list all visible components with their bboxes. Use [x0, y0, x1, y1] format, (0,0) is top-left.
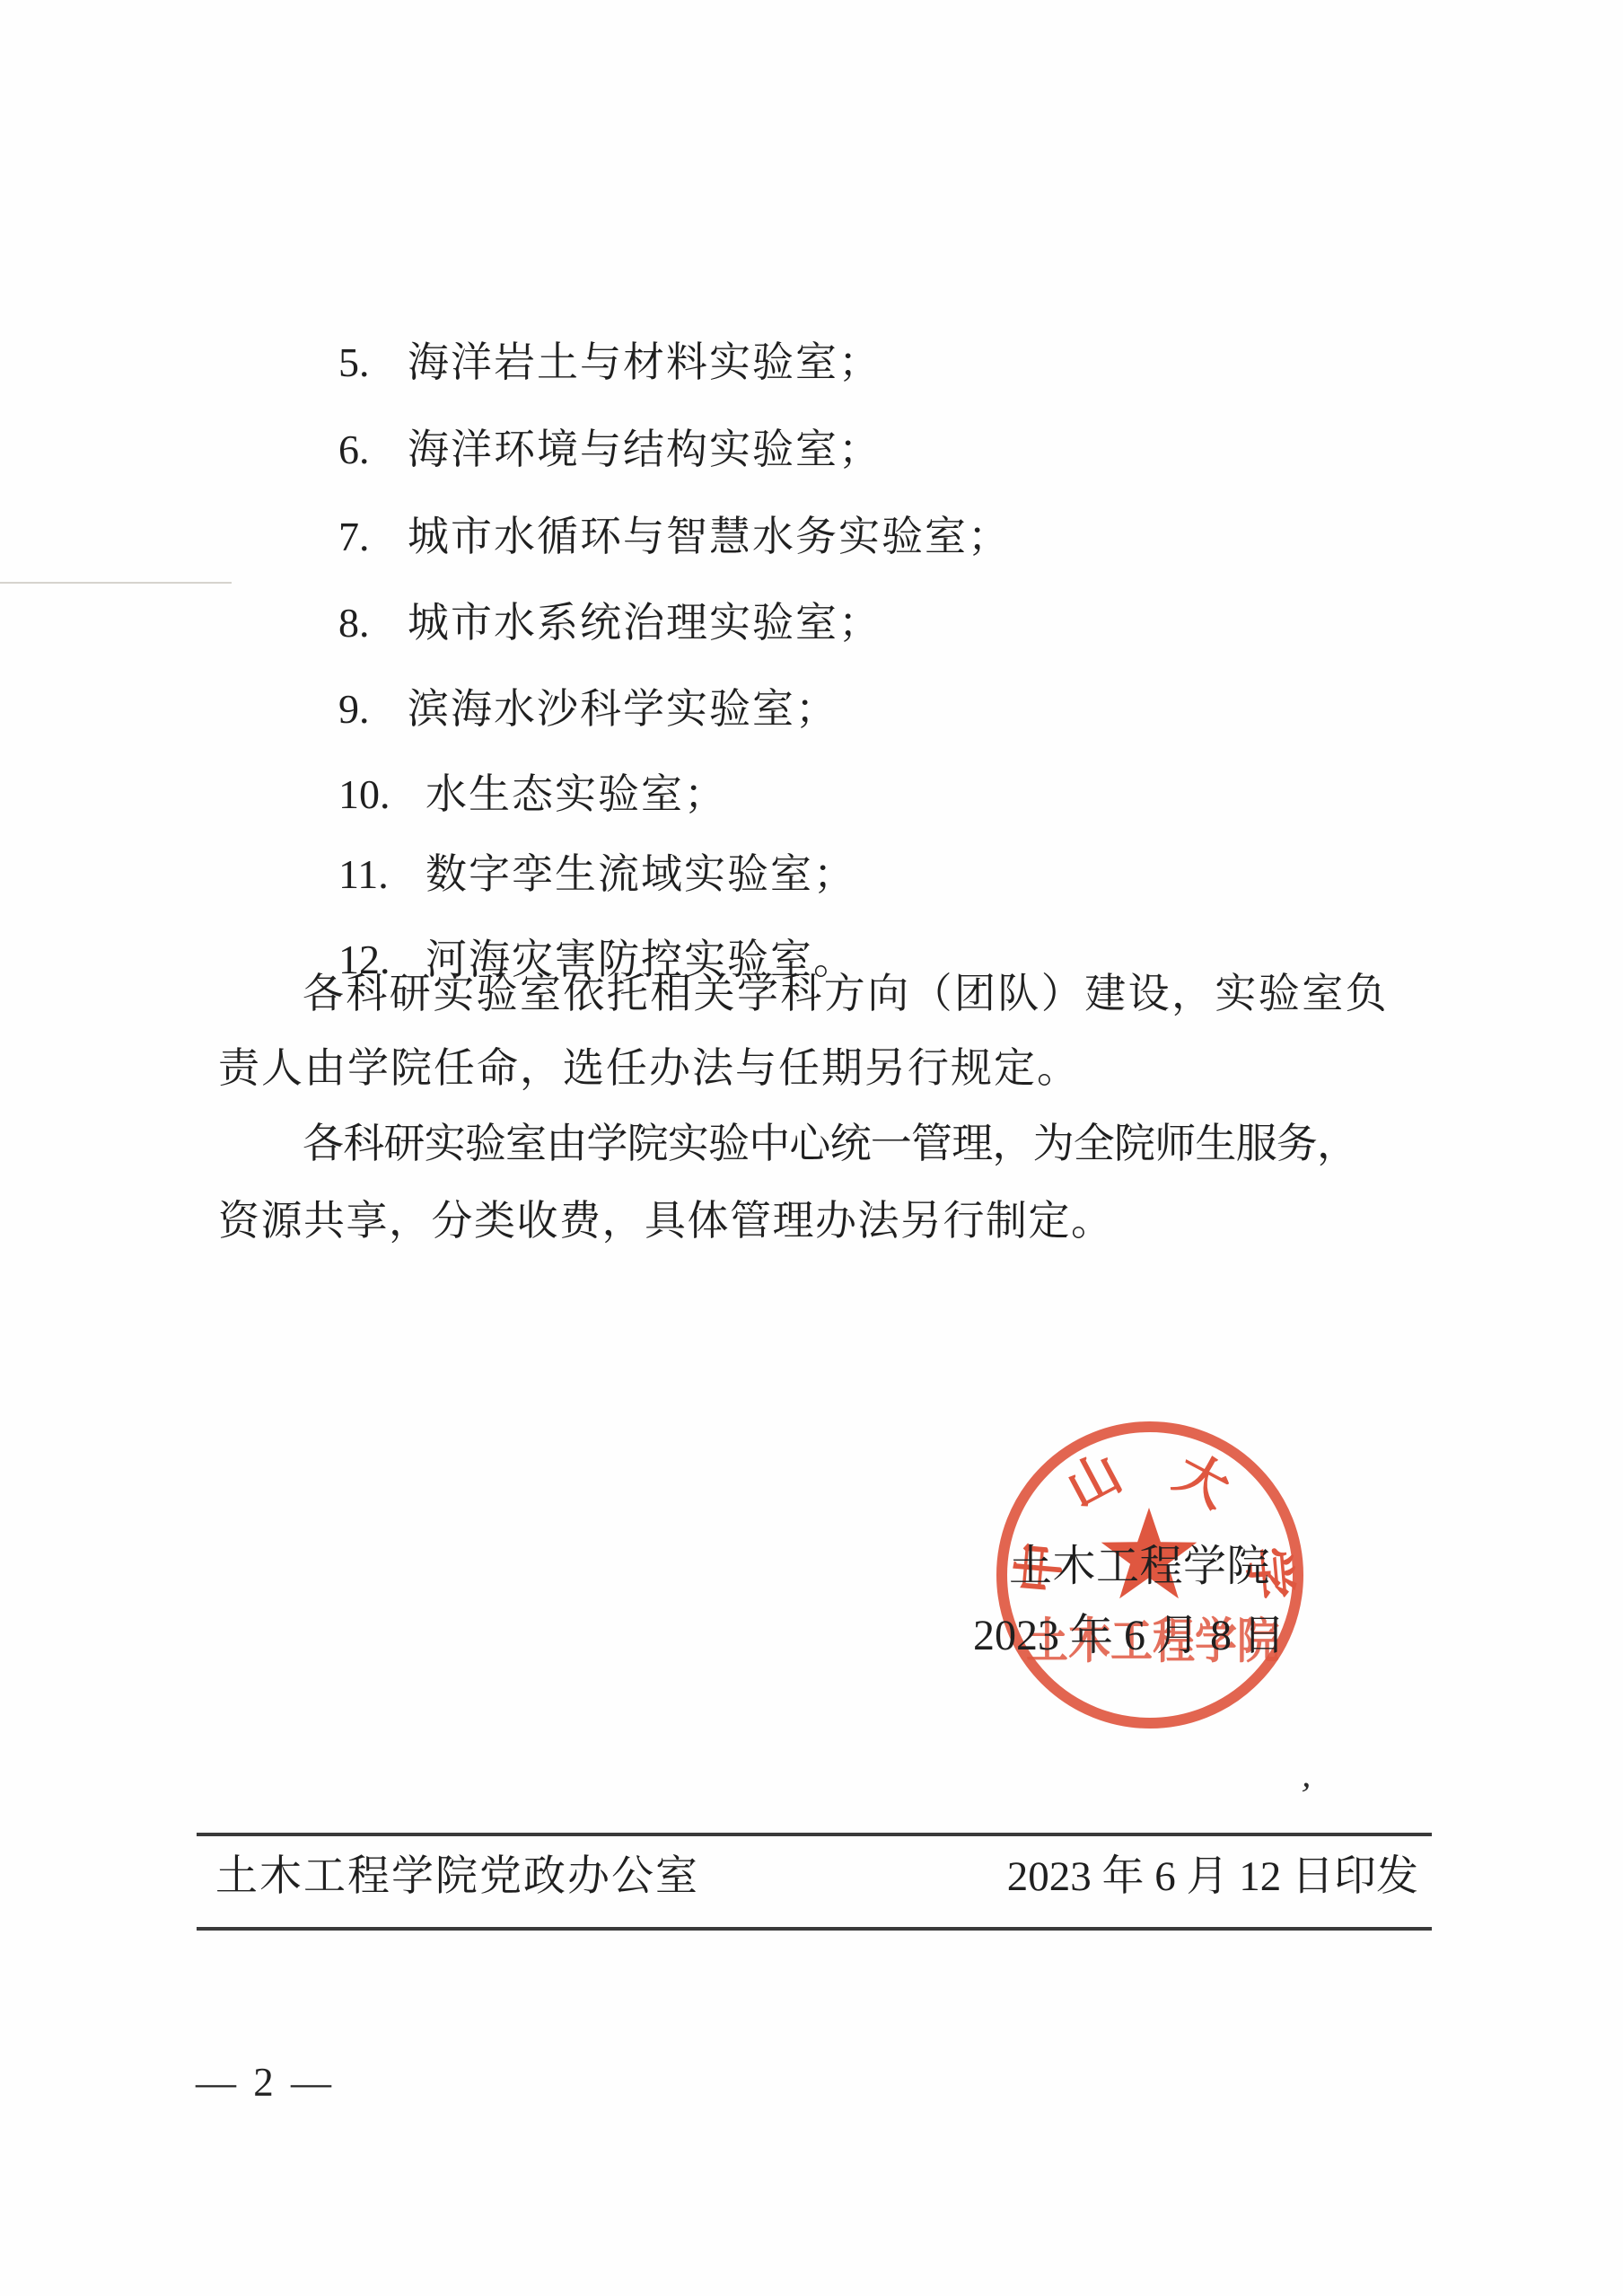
- colophon-issue-date: 2023 年 6 月 12 日印发: [1007, 1852, 1418, 1901]
- list-item-text: 海洋环境与结构实验室；: [408, 427, 882, 472]
- scan-artifact-line: [0, 582, 232, 584]
- colophon-rule-top: [197, 1833, 1432, 1836]
- paragraph-line: 各科研实验室由学院实验中心统一管理，为全院师生服务，: [218, 1121, 1478, 1167]
- paragraph-line: 资源共享，分类收费，具体管理办法另行制定。: [218, 1198, 1394, 1245]
- colophon-office: 土木工程学院党政办公室: [215, 1852, 699, 1901]
- scan-artifact-speck: ’: [1296, 1773, 1314, 1816]
- signature-org: 土木工程学院: [1009, 1543, 1270, 1591]
- colophon-rule-bottom: [197, 1927, 1432, 1931]
- signature-date: 2023 年 6 月 8 日: [973, 1612, 1285, 1660]
- document-page: 5.海洋岩土与材料实验室； 6.海洋环境与结构实验室； 7.城市水循环与智慧水务…: [0, 0, 1623, 2296]
- paragraph-line: 责人由学院任命，选任办法与任期另行规定。: [218, 1045, 1394, 1092]
- paragraph-line: 各科研实验室依托相关学科方向（团队）建设，实验室负: [218, 971, 1478, 1017]
- list-item-text: 海洋岩土与材料实验室；: [408, 339, 882, 385]
- page-number: — 2 —: [196, 2060, 335, 2105]
